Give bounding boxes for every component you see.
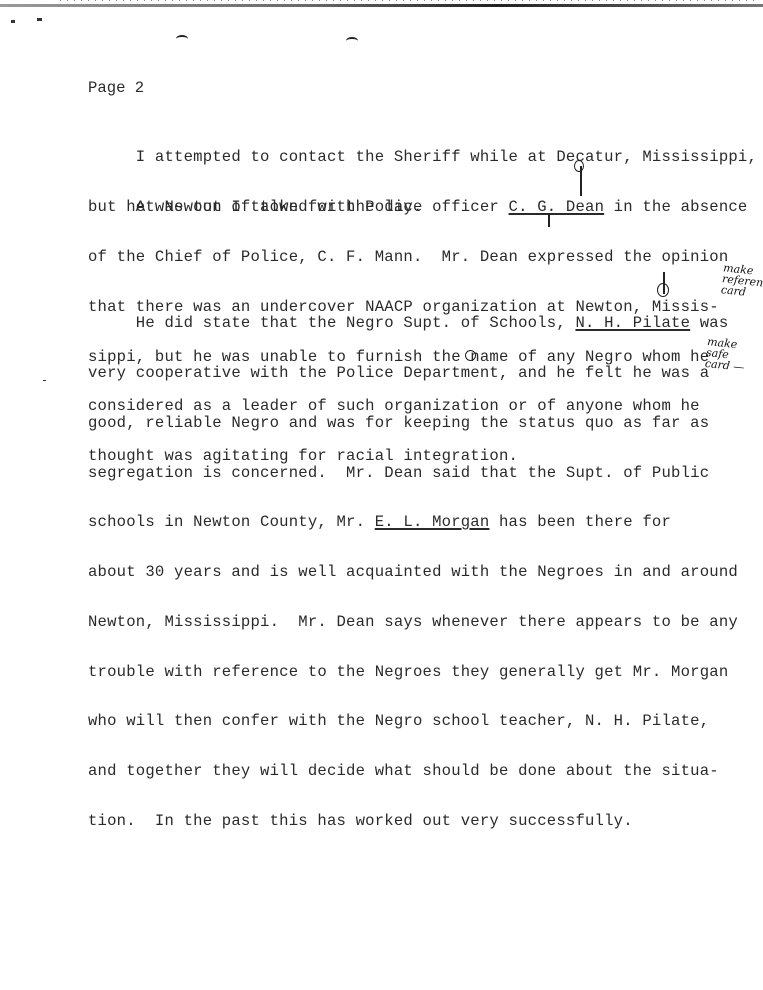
paragraph-line: tion. In the past this has worked out ve…: [88, 813, 738, 830]
pen-bracket-pilate: [663, 272, 665, 294]
handwritten-note-safe-card: make safe card —: [704, 336, 747, 373]
paragraph-line: segregation is concerned. Mr. Dean said …: [88, 465, 738, 482]
paragraph-line: who will then confer with the Negro scho…: [88, 713, 738, 730]
paragraph-line: trouble with reference to the Negroes th…: [88, 664, 738, 681]
handwritten-note-reference-card: make reference card: [720, 262, 763, 300]
underlined-name-pilate: N. H. Pilate: [575, 314, 690, 332]
paragraph-line: of the Chief of Police, C. F. Mann. Mr. …: [88, 249, 748, 266]
paragraph-line: Newton, Mississippi. Mr. Dean says whene…: [88, 614, 738, 631]
text-segment: schools in Newton County, Mr.: [88, 513, 375, 531]
pen-star-morgan: [465, 350, 476, 361]
paragraph-3: He did state that the Negro Supt. of Sch…: [88, 282, 738, 846]
scan-speck: [37, 18, 42, 21]
text-segment: in the absence: [604, 198, 747, 216]
pen-loop-dean: [574, 160, 584, 172]
pen-bracket-newton: [548, 213, 550, 227]
paragraph-line: I attempted to contact the Sheriff while…: [88, 149, 757, 166]
paragraph-line: He did state that the Negro Supt. of Sch…: [88, 315, 738, 332]
scan-speck: [43, 380, 46, 381]
text-segment: At Newton I talked with Police officer: [88, 198, 509, 216]
paragraph-line: about 30 years and is well acquainted wi…: [88, 564, 738, 581]
paragraph-line: very cooperative with the Police Departm…: [88, 365, 738, 382]
scan-arc-mark: [346, 37, 358, 45]
scan-top-dots: [60, 0, 760, 1]
scan-arc-mark: [176, 35, 188, 43]
scan-top-edge: [0, 4, 763, 7]
paragraph-line: schools in Newton County, Mr. E. L. Morg…: [88, 514, 738, 531]
paragraph-line: At Newton I talked with Police officer C…: [88, 199, 748, 216]
underlined-name-morgan: E. L. Morgan: [375, 513, 490, 531]
text-segment: He did state that the Negro Supt. of Sch…: [88, 314, 575, 332]
paragraph-line: good, reliable Negro and was for keeping…: [88, 415, 738, 432]
text-segment: was: [690, 314, 728, 332]
page-number-label: Page 2: [88, 80, 144, 97]
underlined-name-dean: C. G. Dean: [509, 198, 605, 216]
scan-speck: [11, 20, 15, 23]
text-segment: has been there for: [489, 513, 671, 531]
paragraph-line: and together they will decide what shoul…: [88, 763, 738, 780]
